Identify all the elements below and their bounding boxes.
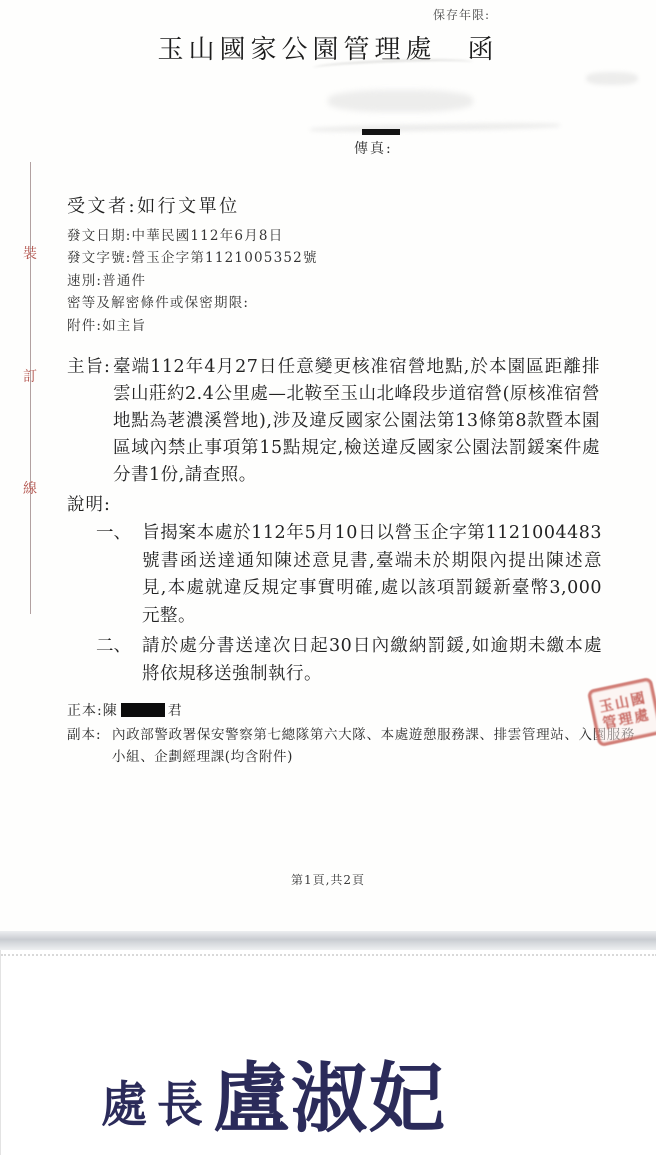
binding-mark-zhuang: 裝 — [22, 243, 38, 263]
binding-line — [30, 162, 31, 614]
retention-period-label: 保存年限: — [433, 6, 490, 23]
document-meta-block: 發文日期:中華民國112年6月8日 發文字號:營玉企字第1121005352號 … — [67, 225, 318, 337]
recipient-line: 受文者:如行文單位 — [67, 192, 240, 218]
erased-text-smudge — [310, 122, 560, 133]
page-number-footer: 第1頁,共2頁 — [0, 871, 656, 888]
list-item-number: 一、 — [96, 520, 142, 548]
document-page-2: 處長 盧淑妃 — [0, 950, 656, 1155]
page-cut-dotted-line — [1, 954, 656, 956]
explanation-label: 說明: — [67, 491, 111, 516]
original-recipient-prefix: 正本:陳 — [67, 703, 118, 719]
explanation-item-1: 一、 旨揭案本處於112年5月10日以營玉企字第1121004483號書函送達通… — [96, 520, 602, 630]
issue-date-line: 發文日期:中華民國112年6月8日 — [67, 225, 318, 247]
document-title: 玉山國家公園管理處 函 — [0, 29, 656, 66]
subject-text: 臺端112年4月27日任意變更核准宿營地點,於本園區距離排雲山莊約2.4公里處—… — [113, 354, 600, 489]
list-item-text: 旨揭案本處於112年5月10日以營玉企字第1121004483號書函送達通知陳述… — [142, 520, 602, 630]
explanation-item-2: 二、 請於處分書送達次日起30日內繳納罰鍰,如逾期未繳本處將依規移送強制執行。 — [96, 633, 602, 688]
binding-mark-ding: 訂 — [22, 366, 38, 386]
seal-border: 玉山國 管理處 — [587, 677, 656, 747]
attachment-line: 附件:如主旨 — [67, 315, 318, 337]
reference-number-line: 發文字號:營玉企字第1121005352號 — [67, 247, 318, 269]
copy-label: 副本: — [67, 725, 112, 747]
director-name-signature: 盧淑妃 — [213, 1038, 447, 1147]
subject-paragraph: 主旨: 臺端112年4月27日任意變更核准宿營地點,於本園區距離排雲山莊約2.4… — [67, 354, 600, 489]
erased-text-smudge — [586, 72, 638, 85]
erased-text-smudge — [328, 90, 473, 112]
subject-label: 主旨: — [67, 354, 113, 381]
speed-class-line: 速別:普通件 — [67, 270, 318, 292]
director-title-signature: 處長 — [101, 1066, 213, 1135]
fax-label: 傳真: — [354, 138, 393, 158]
list-item-text: 請於處分書送達次日起30日內繳納罰鍰,如逾期未繳本處將依規移送強制執行。 — [142, 633, 602, 688]
page-divider — [0, 931, 656, 950]
original-recipient-line: 正本:陳君 — [67, 700, 183, 720]
redaction-bar — [362, 129, 400, 135]
list-item-number: 二、 — [96, 633, 142, 661]
agency-seal-stamp: 玉山國 管理處 — [592, 683, 656, 745]
name-redaction-bar — [121, 703, 165, 717]
copy-recipients-text: 內政部警政署保安警察第七總隊第六大隊、本處遊憩服務課、排雲管理站、入園服務小組、… — [112, 725, 635, 768]
original-recipient-suffix: 君 — [168, 703, 183, 719]
security-class-line: 密等及解密條件或保密期限: — [67, 292, 318, 314]
binding-mark-xian: 線 — [22, 478, 38, 498]
copy-recipients-paragraph: 副本: 內政部警政署保安警察第七總隊第六大隊、本處遊憩服務課、排雲管理站、入園服… — [67, 725, 635, 768]
document-page-1: 保存年限: 玉山國家公園管理處 函 傳真: 裝 訂 線 受文者:如行文單位 發文… — [0, 0, 656, 931]
